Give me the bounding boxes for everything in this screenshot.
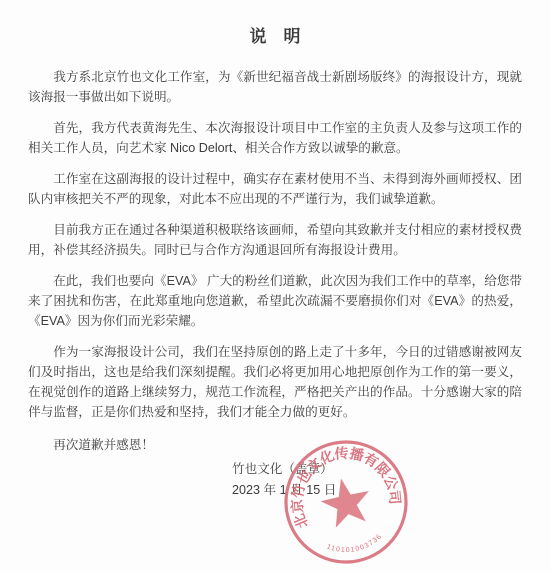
paragraph-issue-admission: 工作室在这副海报的设计过程中，确实存在素材使用不当、未得到海外画师授权、团队内审…: [28, 169, 522, 209]
document-page: 说 明 我方系北京竹也文化工作室，为《新世纪福音战士新剧场版终》的海报设计方，现…: [0, 0, 550, 571]
paragraph-apology-artist: 首先，我方代表黄海先生、本次海报设计项目中工作室的主负责人及参与这项工作的相关工…: [28, 118, 522, 158]
document-title: 说 明: [28, 22, 522, 47]
signature-date: 2023 年 1 月 15 日: [232, 480, 336, 501]
paragraph-intro: 我方系北京竹也文化工作室，为《新世纪福音战士新剧场版终》的海报设计方，现就该海报…: [28, 67, 522, 107]
signature-block: 竹也文化（盖章） 2023 年 1 月 15 日: [232, 459, 336, 501]
paragraph-commitment: 作为一家海报设计公司，我们在坚持原创的路上走了十多年，今日的过错感谢被网友们及时…: [28, 342, 522, 422]
paragraph-apology-fans: 在此，我们也要向《EVA》 广大的粉丝们道歉，此次因为我们工作中的草率，给您带来…: [28, 271, 522, 331]
signature-company: 竹也文化（盖章）: [232, 459, 336, 480]
paragraph-compensation: 目前我方正在通过各种渠道积极联络该画师，希望向其致歉并支付相应的素材授权费用，补…: [28, 220, 522, 260]
document-body: 说 明 我方系北京竹也文化工作室，为《新世纪福音战士新剧场版终》的海报设计方，现…: [0, 0, 550, 455]
paragraph-closing: 再次道歉并感恩！: [28, 435, 522, 455]
